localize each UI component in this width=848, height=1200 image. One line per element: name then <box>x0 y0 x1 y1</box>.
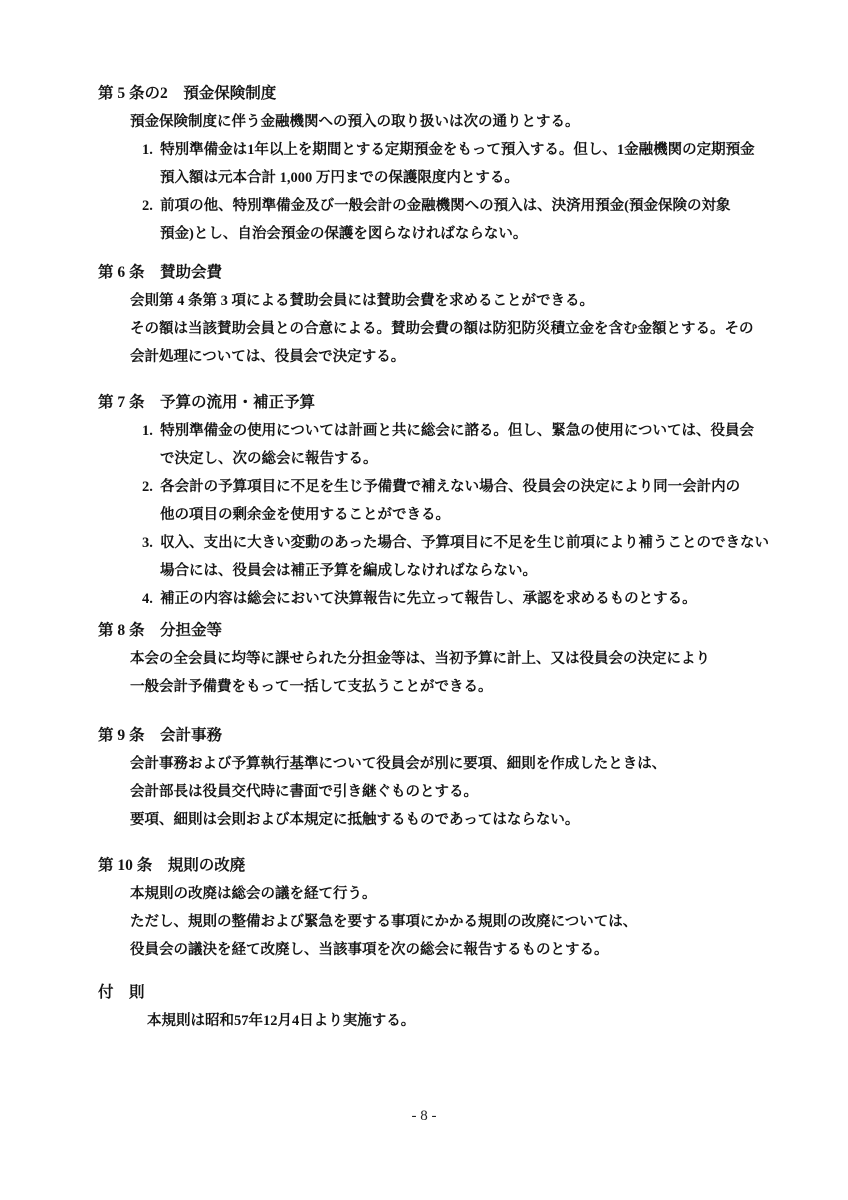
article-10-heading: 第 10 条 規則の改廃 <box>98 852 848 880</box>
section-article-9: 第 9 条 会計事務 会計事務および予算執行基準について役員会が別に要項、細則を… <box>0 722 848 834</box>
article-10-line: 本規則の改廃は総会の議を経て行う。 <box>130 880 848 908</box>
supplementary-provisions-heading: 付 則 <box>98 979 848 1007</box>
article-7-item-2: 2. 各会計の予算項目に不足を生じ予備費で補えない場合、役員会の決定により同一会… <box>142 473 848 501</box>
article-6-line: 会則第 4 条第 3 項による賛助会員には賛助会費を求めることができる。 <box>130 287 848 315</box>
article-9-heading: 第 9 条 会計事務 <box>98 722 848 750</box>
article-8-line: 本会の全会員に均等に課せられた分担金等は、当初予算に計上、又は役員会の決定により <box>130 645 848 673</box>
article-9-line: 会計事務および予算執行基準について役員会が別に要項、細則を作成したときは、 <box>130 750 848 778</box>
article-7-item-2-cont: 他の項目の剰余金を使用することができる。 <box>160 501 848 529</box>
article-6-heading: 第 6 条 賛助会費 <box>98 259 848 287</box>
article-5-2-item-1: 1. 特別準備金は1年以上を期間とする定期預金をもって預入する。但し、1金融機関… <box>142 136 848 164</box>
section-article-7: 第 7 条 予算の流用・補正予算 1. 特別準備金の使用については計画と共に総会… <box>0 389 848 613</box>
article-5-2-heading: 第 5 条の2 預金保険制度 <box>98 80 848 108</box>
article-10-line: ただし、規則の整備および緊急を要する事項にかかる規則の改廃については、 <box>130 908 848 936</box>
supplementary-provisions-line: 本規則は昭和57年12月4日より実施する。 <box>147 1007 848 1035</box>
article-5-2-line: 預金保険制度に伴う金融機関への預入の取り扱いは次の通りとする。 <box>130 108 848 136</box>
article-7-item-1-cont: で決定し、次の総会に報告する。 <box>160 445 848 473</box>
article-8-line: 一般会計予備費をもって一括して支払うことができる。 <box>130 673 848 701</box>
page-number: - 8 - <box>0 1102 848 1130</box>
section-article-10: 第 10 条 規則の改廃 本規則の改廃は総会の議を経て行う。 ただし、規則の整備… <box>0 852 848 964</box>
document-page: 第 5 条の2 預金保険制度 預金保険制度に伴う金融機関への預入の取り扱いは次の… <box>0 0 848 1200</box>
article-9-line: 要項、細則は会則および本規定に抵触するものであってはならない。 <box>130 806 848 834</box>
article-9-line: 会計部長は役員交代時に書面で引き継ぐものとする。 <box>130 778 848 806</box>
article-7-item-3: 3. 収入、支出に大きい変動のあった場合、予算項目に不足を生じ前項により補うこと… <box>142 529 848 557</box>
section-article-8: 第 8 条 分担金等 本会の全会員に均等に課せられた分担金等は、当初予算に計上、… <box>0 617 848 701</box>
article-5-2-item-1-cont: 預入額は元本合計 1,000 万円までの保護限度内とする。 <box>160 164 848 192</box>
article-10-line: 役員会の議決を経て改廃し、当該事項を次の総会に報告するものとする。 <box>130 936 848 964</box>
article-7-item-4: 4. 補正の内容は総会において決算報告に先立って報告し、承認を求めるものとする。 <box>142 585 848 613</box>
section-article-6: 第 6 条 賛助会費 会則第 4 条第 3 項による賛助会員には賛助会費を求める… <box>0 259 848 371</box>
section-supplementary-provisions: 付 則 本規則は昭和57年12月4日より実施する。 <box>0 979 848 1035</box>
article-7-item-1: 1. 特別準備金の使用については計画と共に総会に諮る。但し、緊急の使用については… <box>142 417 848 445</box>
section-article-5-2: 第 5 条の2 預金保険制度 預金保険制度に伴う金融機関への預入の取り扱いは次の… <box>0 80 848 248</box>
article-6-line: 会計処理については、役員会で決定する。 <box>130 343 848 371</box>
article-7-item-3-cont: 場合には、役員会は補正予算を編成しなければならない。 <box>160 557 848 585</box>
article-5-2-item-2: 2. 前項の他、特別準備金及び一般会計の金融機関への預入は、決済用預金(預金保険… <box>142 192 848 220</box>
article-6-line: その額は当該賛助会員との合意による。賛助会費の額は防犯防災積立金を含む金額とする… <box>130 315 848 343</box>
article-8-heading: 第 8 条 分担金等 <box>98 617 848 645</box>
article-7-heading: 第 7 条 予算の流用・補正予算 <box>98 389 848 417</box>
article-5-2-item-2-cont: 預金)とし、自治会預金の保護を図らなければならない。 <box>160 220 848 248</box>
